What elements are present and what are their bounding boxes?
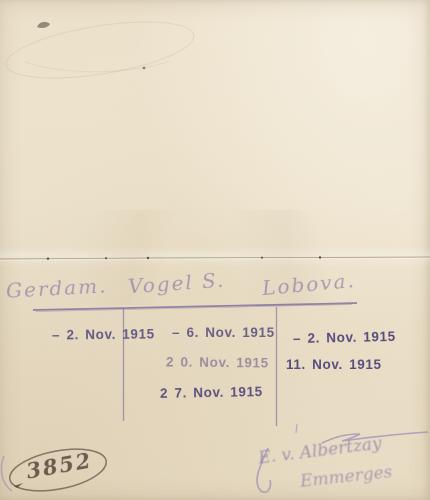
scanned-document: Gerdam. Vogel S. Lobova. – 2. Nov. 1915 … bbox=[0, 0, 430, 500]
signature-flourishes bbox=[0, 0, 430, 500]
edge-ink-flourish bbox=[1, 456, 12, 491]
